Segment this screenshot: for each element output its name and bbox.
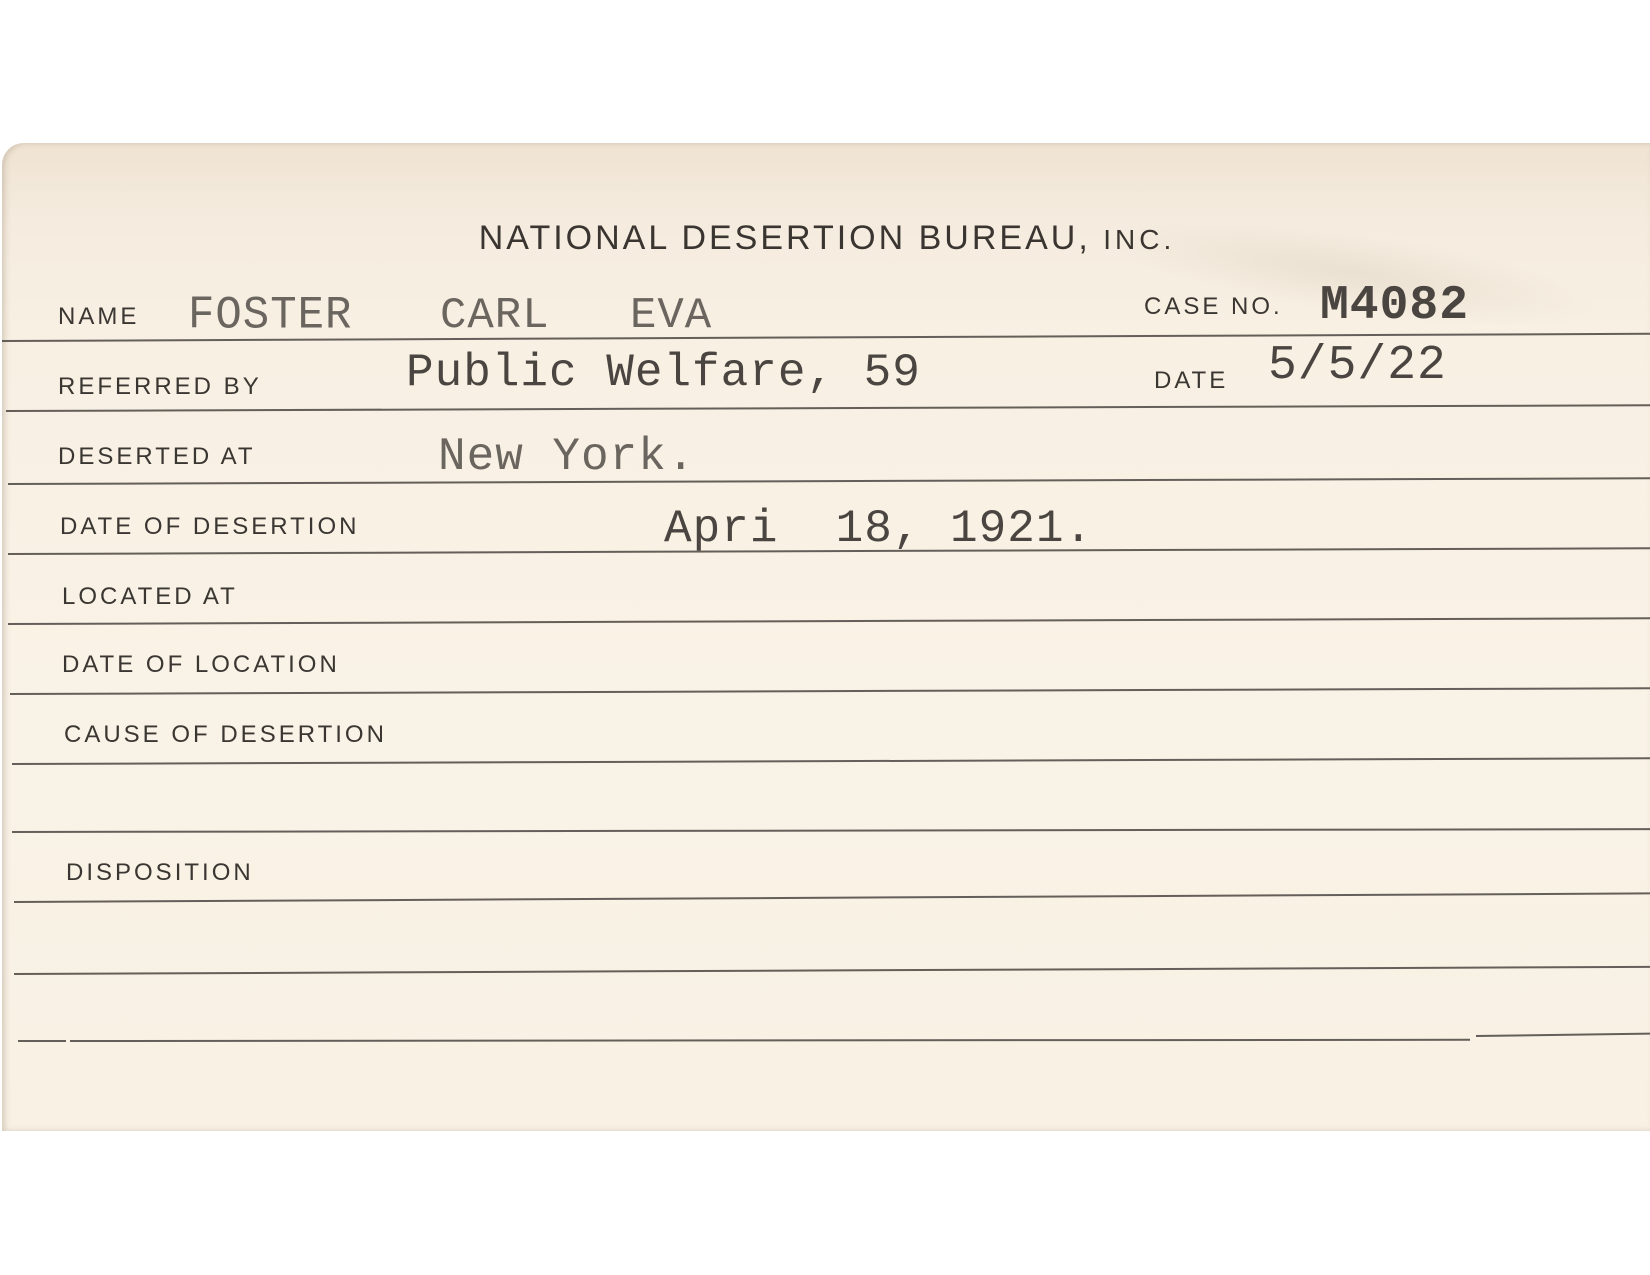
located-at-label: LOCATED AT: [62, 583, 238, 611]
cause-of-desertion-label: CAUSE OF DESERTION: [64, 721, 387, 749]
date-of-desertion-label: DATE OF DESERTION: [60, 513, 359, 541]
date-label: DATE: [1154, 367, 1228, 395]
located-at-rule: [8, 617, 1650, 625]
case-no-value: M4082: [1320, 279, 1469, 333]
name-last-value: FOSTER: [188, 290, 352, 343]
referred-by-value: Public Welfare, 59: [406, 347, 921, 399]
date-of-location-label: DATE OF LOCATION: [62, 651, 340, 679]
deserted-at-value: New York.: [438, 431, 695, 483]
bureau-name: NATIONAL DESERTION BUREAU,: [479, 219, 1091, 257]
cause-of-desertion-rule-2: [12, 828, 1650, 833]
case-no-label: CASE NO.: [1144, 293, 1283, 321]
date-value: 5/5/22: [1268, 339, 1447, 393]
disposition-label: DISPOSITION: [66, 859, 254, 887]
bureau-suffix: INC.: [1103, 224, 1175, 255]
disposition-rule-3-end: [1476, 1033, 1650, 1037]
deserted-at-rule: [8, 477, 1650, 485]
date-of-desertion-value: Apri 18, 1921.: [664, 503, 1093, 555]
desertion-index-card: NATIONAL DESERTION BUREAU, INC. NAME FOS…: [2, 143, 1650, 1131]
cause-of-desertion-rule: [12, 757, 1650, 765]
disposition-rule-3-stub: [18, 1040, 66, 1042]
name-other-value: EVA: [630, 291, 712, 341]
disposition-rule-2: [14, 966, 1650, 975]
deserted-at-label: DESERTED AT: [58, 443, 255, 471]
referred-by-rule: [6, 404, 1650, 412]
referred-by-label: REFERRED BY: [58, 373, 262, 401]
name-label: NAME: [58, 303, 139, 331]
name-first-value: CARL: [440, 291, 550, 341]
date-of-location-rule: [10, 687, 1650, 695]
disposition-rule-3: [70, 1039, 1470, 1042]
disposition-rule: [14, 892, 1650, 903]
card-title: NATIONAL DESERTION BUREAU, INC.: [2, 219, 1650, 258]
